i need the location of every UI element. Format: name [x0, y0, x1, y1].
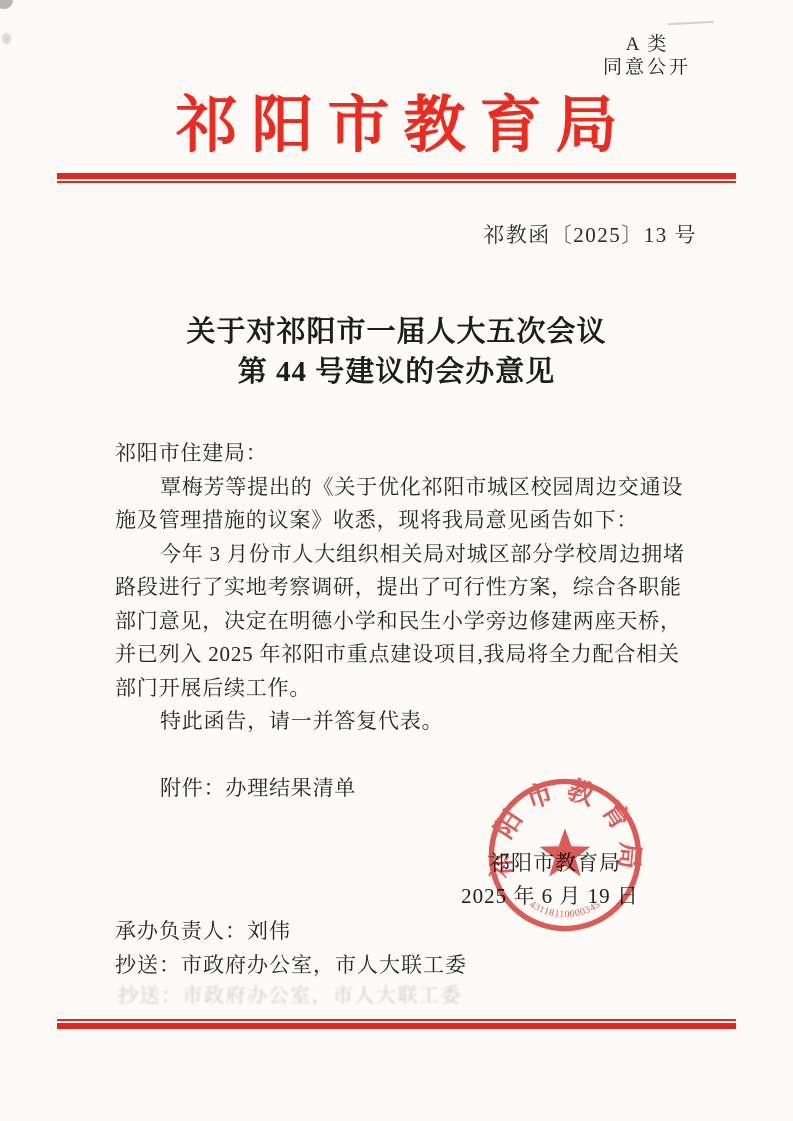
- official-seal-stamp: 祁阳市教育局 43118110000345: [486, 776, 644, 934]
- body-line-blank: [115, 739, 685, 773]
- document-body: 祁阳市住建局： 覃梅芳等提出的《关于优化祁阳市城区校园周边交通设 施及管理措施的…: [115, 437, 685, 806]
- classification-block: A 类 同意公开: [589, 33, 705, 79]
- footer-divider: [57, 1019, 736, 1029]
- agency-letterhead: 祁阳市教育局: [0, 92, 793, 160]
- divider-thin-line: [57, 1019, 736, 1021]
- seal-star-icon: [540, 828, 591, 876]
- body-line: 覃梅芳等提出的《关于优化祁阳市城区校园周边交通设: [115, 471, 685, 505]
- divider-thick-line: [57, 1023, 736, 1029]
- document-title-line-1: 关于对祁阳市一届人大五次会议: [0, 312, 793, 352]
- bleed-through-text: 抄送：市政府办公室，市人大联工委: [118, 979, 462, 1008]
- divider-thick-line: [57, 173, 736, 179]
- letterhead-divider: [57, 173, 736, 183]
- document-title-line-2: 第 44 号建议的会办意见: [0, 352, 793, 392]
- body-line: 施及管理措施的议案》收悉，现将我局意见函告如下：: [115, 504, 685, 538]
- body-line-closing: 特此函告，请一并答复代表。: [115, 705, 685, 739]
- document-page: A 类 同意公开 祁阳市教育局 祁教函〔2025〕13 号 关于对祁阳市一届人大…: [0, 0, 793, 1121]
- classification-grade: A 类: [589, 33, 705, 56]
- classification-publicity: 同意公开: [589, 56, 705, 79]
- body-line: 路段进行了实地考察调研，提出了可行性方案，综合各职能: [115, 571, 685, 605]
- scan-smudge-corner: [0, 0, 13, 9]
- document-title: 关于对祁阳市一届人大五次会议 第 44 号建议的会办意见: [0, 312, 793, 392]
- undertaker-line: 承办负责人：刘伟: [115, 915, 291, 945]
- pencil-mark-artifact: [668, 21, 714, 25]
- scan-smudge-edge: [2, 33, 11, 44]
- seal-code: 43118110000345: [527, 899, 602, 920]
- body-line: 部门意见，决定在明德小学和民生小学旁边修建两座天桥，: [115, 605, 685, 639]
- document-number: 祁教函〔2025〕13 号: [483, 219, 697, 249]
- body-line: 部门开展后续工作。: [115, 672, 685, 706]
- body-line-salutation: 祁阳市住建局：: [115, 437, 685, 471]
- body-line: 今年 3 月份市人大组织相关局对城区部分学校周边拥堵: [115, 538, 685, 572]
- cc-line: 抄送：市政府办公室，市人大联工委: [115, 949, 467, 979]
- body-line: 并已列入 2025 年祁阳市重点建设项目,我局将全力配合相关: [115, 638, 685, 672]
- divider-thin-line: [57, 181, 736, 183]
